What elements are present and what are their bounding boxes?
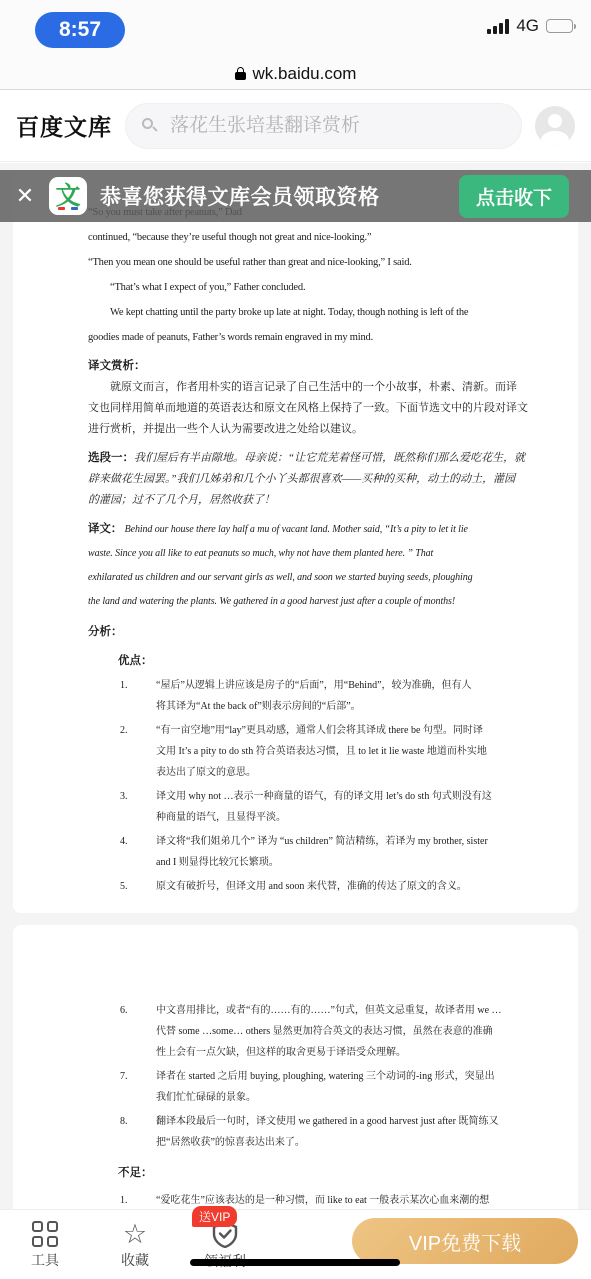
doc-line: 文也同样用简单而地道的英语表达和原文在风格上保持了一致。下面节选文中的片段对译文 bbox=[88, 398, 503, 419]
user-avatar[interactable] bbox=[535, 106, 575, 146]
status-time: 8:57 bbox=[35, 12, 125, 48]
merits-list: 1. “屋后”从逻辑上讲应该是房子的“后面”，用“Behind”，较为准确，但有… bbox=[120, 675, 503, 897]
flaws-list: 1. “爱吃花生”应该表达的是一种习惯，而 like to eat 一般表示某次… bbox=[120, 1190, 503, 1210]
translation-line: 译文： Behind our house there lay half a mu… bbox=[88, 517, 503, 542]
list-item-number: 1. bbox=[120, 675, 156, 717]
list-item: 3. 译文用 why not …表示一种商量的语气，有的译文用 let’s do… bbox=[120, 786, 503, 828]
doc-line: 我们忙忙碌碌的景象。 bbox=[156, 1087, 503, 1108]
favorite-label: 收藏 bbox=[121, 1250, 149, 1270]
doc-line: and I 则显得比较冗长繁琐。 bbox=[156, 852, 503, 873]
search-input[interactable] bbox=[168, 114, 505, 138]
section-title-flaws: 不足： bbox=[118, 1163, 503, 1184]
section-title-appreciation: 译文赏析： bbox=[88, 356, 503, 377]
section-title-merits: 优点： bbox=[118, 651, 503, 672]
claim-button[interactable]: 点击收下 bbox=[459, 175, 569, 218]
favorite-button[interactable]: ☆ 收藏 bbox=[90, 1219, 180, 1270]
doc-line: 就原文而言，作者用朴实的语言记录了自己生活中的一个小故事，朴素、清新。而译 bbox=[88, 377, 503, 398]
list-item: 8. 翻译本段最后一句时，译文使用 we gathered in a good … bbox=[120, 1111, 503, 1153]
doc-line: 译者在 started 之后用 buying, ploughing, water… bbox=[156, 1066, 503, 1087]
site-header: 百度文库 bbox=[0, 90, 591, 162]
wenku-logo-icon: 文 bbox=[49, 177, 87, 215]
vip-promo-banner: ✕ 文 恭喜您获得文库会员领取资格 点击收下 bbox=[0, 170, 591, 222]
translation-line: the land and watering the plants. We gat… bbox=[88, 590, 503, 614]
doc-line: goodies made of peanuts, Father’s words … bbox=[88, 325, 503, 350]
translation-line: exhilarated us children and our servant … bbox=[88, 566, 503, 590]
bottom-toolbar: 工具 ☆ 收藏 送VIP 领福利 VIP免费下载 bbox=[0, 1209, 591, 1279]
doc-line: 翻译本段最后一句时，译文使用 we gathered in a good har… bbox=[156, 1111, 503, 1132]
translation-line: waste. Since you all like to eat peanuts… bbox=[88, 542, 503, 566]
excerpt-line: 选段一：我们屋后有半亩隙地。母亲说：“让它荒芜着怪可惜，既然称们那么爱吃花生，就 bbox=[88, 448, 503, 469]
excerpt-label: 选段一： bbox=[88, 452, 134, 464]
excerpt-line: 的灌园；过不了几个月，居然收获了！ bbox=[88, 490, 503, 511]
list-item-number: 8. bbox=[120, 1111, 156, 1153]
search-icon bbox=[142, 118, 158, 134]
battery-icon bbox=[546, 19, 573, 33]
list-item: 7. 译者在 started 之后用 buying, ploughing, wa… bbox=[120, 1066, 503, 1108]
doc-line: continued, “because they’re useful thoug… bbox=[88, 225, 503, 250]
status-bar: 8:57 4G bbox=[0, 0, 591, 58]
close-icon[interactable]: ✕ bbox=[14, 183, 36, 209]
search-input-container[interactable] bbox=[125, 103, 522, 149]
doc-line: 把“居然收获”的惊喜表达出来了。 bbox=[156, 1132, 503, 1153]
list-item-number: 3. bbox=[120, 786, 156, 828]
doc-line: 文用 It’s a pity to do sth 符合英语表达习惯，且 to l… bbox=[156, 741, 503, 762]
baidu-wenku-logo: 百度文库 bbox=[16, 109, 112, 142]
doc-line: 将其译为“At the back of”则表示房间的“后部”。 bbox=[156, 696, 503, 717]
list-item: 1. “屋后”从逻辑上讲应该是房子的“后面”，用“Behind”，较为准确，但有… bbox=[120, 675, 503, 717]
list-item-number: 5. bbox=[120, 876, 156, 897]
home-indicator[interactable] bbox=[190, 1259, 400, 1266]
wenku-logo-char: 文 bbox=[55, 184, 80, 209]
list-item-number: 6. bbox=[120, 1000, 156, 1063]
doc-line: “有一亩空地”用“lay”更具动感，通常人们会将其译成 there be 句型。… bbox=[156, 720, 503, 741]
doc-line: 性上会有一点欠缺，但这样的取舍更易于译语受众理解。 bbox=[156, 1042, 503, 1063]
doc-line: “Then you mean one should be useful rath… bbox=[88, 250, 503, 275]
banner-message: 恭喜您获得文库会员领取资格 bbox=[100, 181, 446, 211]
url-text: wk.baidu.com bbox=[253, 64, 357, 84]
doc-line: 原文有破折号，但译文用 and soon 来代替，准确的传达了原文的含义。 bbox=[156, 876, 503, 897]
list-item-number: 4. bbox=[120, 831, 156, 873]
doc-line: 中文喜用排比，或者“有的……有的……”句式，但英文忌重复，故译者用 we … bbox=[156, 1000, 503, 1021]
doc-line: 译文用 why not …表示一种商量的语气，有的译文用 let’s do st… bbox=[156, 786, 503, 807]
list-item: 4. 译文将“我们姐弟几个” 译为 “us children” 简洁精练，若译为… bbox=[120, 831, 503, 873]
doc-line: 代替 some …some… others 显然更加符合英文的表达习惯，虽然在表… bbox=[156, 1021, 503, 1042]
status-indicators: 4G bbox=[487, 16, 573, 36]
doc-line: 种商量的语气，且显得平淡。 bbox=[156, 807, 503, 828]
translation-label: 译文： bbox=[88, 523, 122, 535]
network-type-label: 4G bbox=[516, 16, 539, 36]
doc-line: 译文将“我们姐弟几个” 译为 “us children” 简洁精练，若译为 my… bbox=[156, 831, 503, 852]
list-item-number: 1. bbox=[120, 1190, 156, 1210]
document-page-1: “So you must take after peanuts,” Dad co… bbox=[13, 170, 578, 913]
list-item: 2. “有一亩空地”用“lay”更具动感，通常人们会将其译成 there be … bbox=[120, 720, 503, 783]
doc-line: “屋后”从逻辑上讲应该是房子的“后面”，用“Behind”，较为准确，但有人 bbox=[156, 675, 503, 696]
list-item: 1. “爱吃花生”应该表达的是一种习惯，而 like to eat 一般表示某次… bbox=[120, 1190, 503, 1210]
tools-button[interactable]: 工具 bbox=[0, 1219, 90, 1270]
tools-grid-icon bbox=[32, 1221, 58, 1247]
vip-gift-badge: 送VIP bbox=[192, 1206, 237, 1227]
document-viewport[interactable]: “So you must take after peanuts,” Dad co… bbox=[0, 163, 591, 1210]
list-item: 6. 中文喜用排比，或者“有的……有的……”句式，但英文忌重复，故译者用 we … bbox=[120, 1000, 503, 1063]
merits-list-continued: 6. 中文喜用排比，或者“有的……有的……”句式，但英文忌重复，故译者用 we … bbox=[120, 1000, 503, 1153]
tools-label: 工具 bbox=[31, 1250, 59, 1270]
doc-line: 表达出了原文的意思。 bbox=[156, 762, 503, 783]
mobile-browser-screen: { "status_bar": { "time": "8:57", "netwo… bbox=[0, 0, 591, 1279]
browser-address-bar[interactable]: wk.baidu.com bbox=[0, 58, 591, 90]
doc-line: We kept chatting until the party broke u… bbox=[88, 300, 503, 325]
vip-download-button[interactable]: VIP免费下载 bbox=[352, 1218, 578, 1264]
list-item-number: 2. bbox=[120, 720, 156, 783]
document-page-2: 6. 中文喜用排比，或者“有的……有的……”句式，但英文忌重复，故译者用 we … bbox=[13, 925, 578, 1210]
star-icon: ☆ bbox=[123, 1221, 147, 1247]
cellular-signal-icon bbox=[487, 19, 509, 34]
excerpt-line: 辟来做花生园罢。”我们几姊弟和几个小丫头都很喜欢——买种的买种，动土的动土，灌园 bbox=[88, 469, 503, 490]
section-title-analysis: 分析： bbox=[88, 622, 503, 643]
list-item-number: 7. bbox=[120, 1066, 156, 1108]
lock-icon bbox=[235, 67, 246, 80]
list-item: 5. 原文有破折号，但译文用 and soon 来代替，准确的传达了原文的含义。 bbox=[120, 876, 503, 897]
doc-line: “That’s what I expect of you,” Father co… bbox=[88, 275, 503, 300]
doc-line: 进行赏析，并提出一些个人认为需要改进之处给以建议。 bbox=[88, 419, 503, 440]
